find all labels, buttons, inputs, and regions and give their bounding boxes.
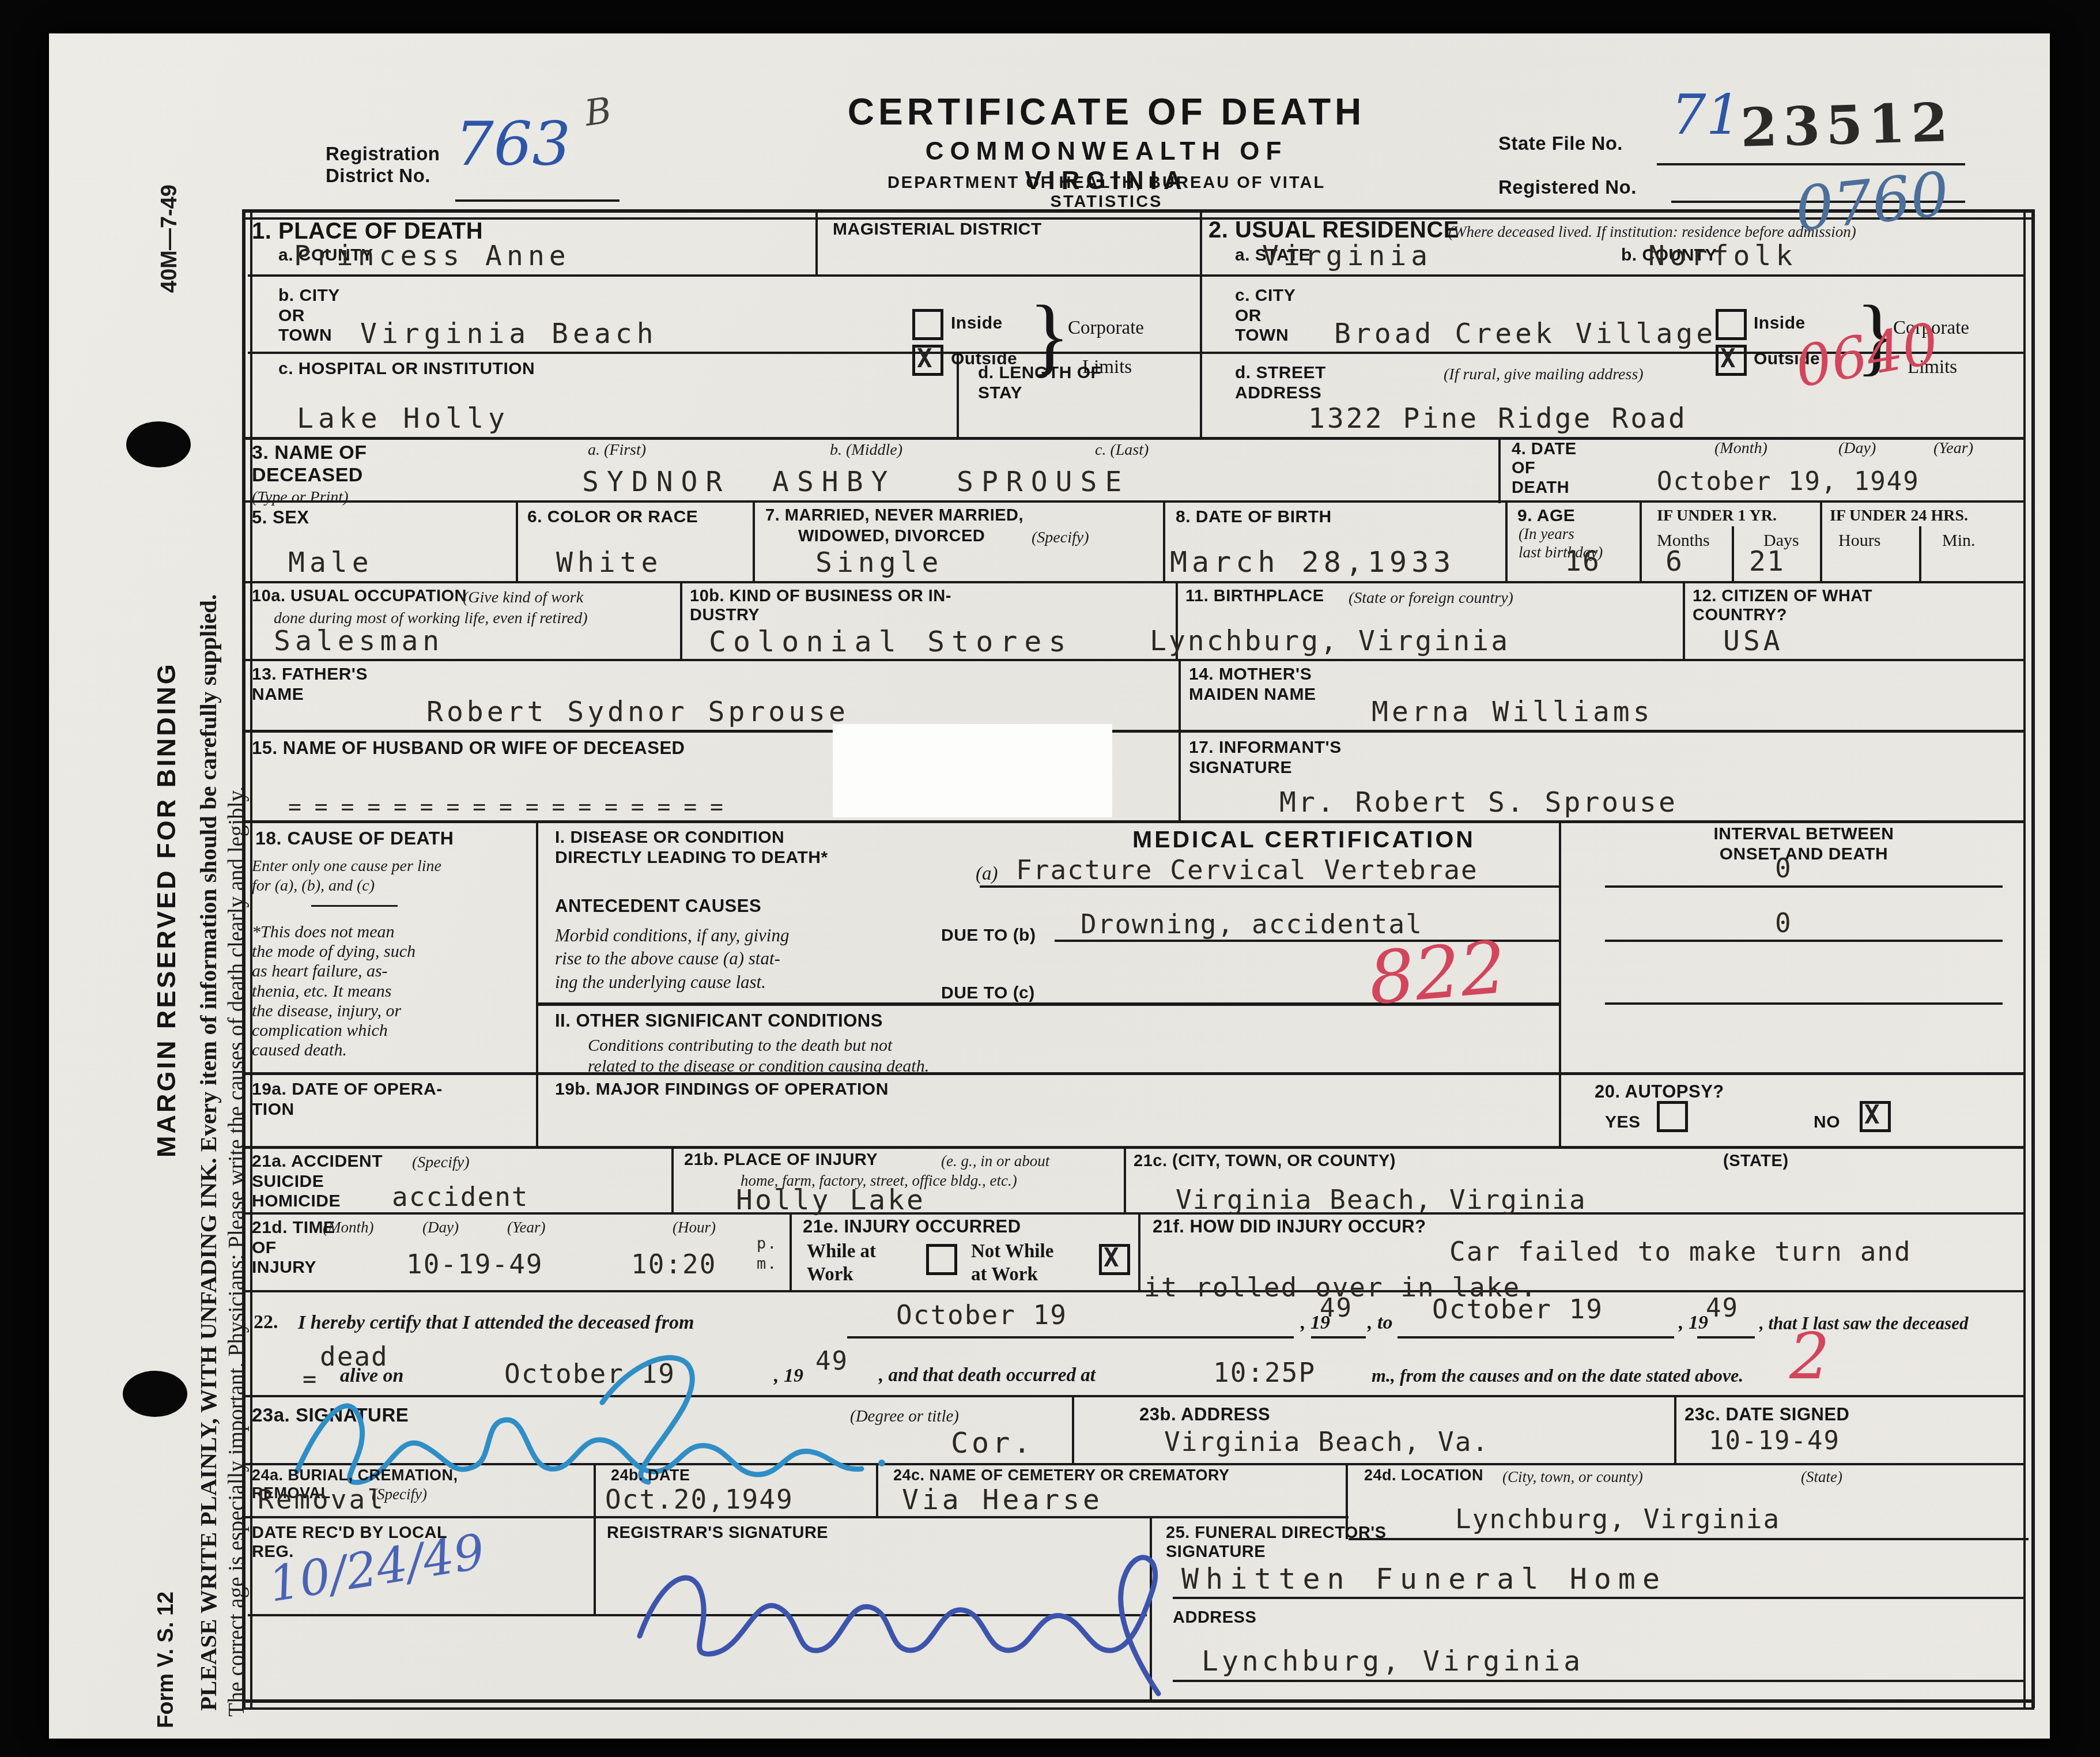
rule — [1559, 820, 1561, 1149]
rule — [242, 581, 2026, 583]
s8-value: March 28,1933 — [1170, 548, 1455, 576]
s2-street-code-handwritten: 0640 — [1791, 315, 1943, 396]
s21b-title: 21b. PLACE OF INJURY — [684, 1151, 878, 1170]
rule — [2023, 209, 2026, 1708]
s3-middle-label: b. (Middle) — [830, 440, 902, 460]
s18-title: 18. CAUSE OF DEATH — [255, 828, 454, 849]
rule — [242, 1290, 2026, 1292]
s21d-month-label: (Month) — [323, 1218, 373, 1236]
s1-outside-check-x: X — [917, 344, 932, 374]
s22-part1: I hereby certify that I attended the dec… — [298, 1311, 694, 1336]
rule — [1200, 209, 1202, 440]
s22-year1: 49 — [1320, 1296, 1353, 1321]
s22-y19b: , 19 — [1679, 1311, 1708, 1336]
registrar-signature — [617, 1521, 1193, 1705]
form-print-code: 40M—7-49 — [157, 103, 182, 293]
s22-red-handwritten: 2 — [1789, 1325, 1830, 1388]
margin-instruction-1: PLEASE WRITE PLAINLY, WITH UNFADING INK.… — [194, 281, 222, 1711]
s17-value: Mr. Robert S. Sprouse — [1279, 789, 1678, 816]
s21d-day-label: (Day) — [422, 1218, 459, 1236]
rule — [1138, 1212, 1140, 1292]
s21e-while-checkbox — [926, 1244, 957, 1275]
rule — [1674, 1395, 1676, 1464]
s1-county-value: Princess Anne — [294, 242, 571, 270]
s20-yes-label: YES — [1605, 1113, 1641, 1133]
rule — [753, 500, 755, 583]
s7-specify: (Specify) — [1032, 528, 1089, 548]
rule — [1072, 1395, 1074, 1464]
punch-hole-top — [126, 421, 191, 467]
rule — [242, 500, 2026, 503]
s21e-title: 21e. INJURY OCCURRED — [803, 1216, 1021, 1237]
med-b-value: Drowning, accidental — [1081, 911, 1423, 937]
s2-outside-checkbox: X — [1716, 345, 1747, 376]
registration-district-value-b: B — [583, 92, 614, 131]
s5-value: Male — [288, 549, 373, 576]
rule — [242, 659, 2026, 661]
s5-title: 5. SEX — [252, 507, 309, 528]
s23b-title: 23b. ADDRESS — [1139, 1404, 1270, 1425]
state-file-label: State File No. — [1498, 133, 1623, 154]
s19a-title: 19a. DATE OF OPERA- TION — [252, 1080, 443, 1119]
s10a-title: 10a. USUAL OCCUPATION — [252, 587, 467, 606]
s2-street-note: (If rural, give mailing address) — [1444, 365, 1644, 384]
s1-hospital-label: c. HOSPITAL OR INSTITUTION — [278, 359, 535, 379]
med-interval-title: INTERVAL BETWEEN ONSET AND DEATH — [1582, 824, 2026, 864]
s1-length-of-stay-label: d. LENGTH OF STAY — [978, 363, 1101, 403]
s22-year2: 49 — [1706, 1296, 1739, 1321]
s18-note2: *This does not mean the mode of dying, s… — [252, 922, 416, 1060]
rule — [242, 820, 2026, 823]
s7-title2: WIDOWED, DIVORCED — [798, 527, 985, 546]
s25-address-value: Lynchburg, Virginia — [1202, 1647, 1584, 1675]
state-file-handwritten: 71 — [1671, 88, 1741, 143]
s8-title: 8. DATE OF BIRTH — [1176, 507, 1332, 527]
rule — [1683, 581, 1685, 661]
department-line: DEPARTMENT OF HEALTH, BUREAU OF VITAL ST… — [841, 174, 1372, 212]
s11-title: 11. BIRTHPLACE — [1185, 587, 1324, 606]
rule — [1173, 1597, 2026, 1599]
rule — [455, 199, 620, 202]
s24a-value: Removal — [258, 1486, 386, 1513]
s2-outside-check-x: X — [1720, 344, 1736, 374]
s22-number: 22. — [254, 1311, 278, 1334]
s7-title: 7. MARRIED, NEVER MARRIED, — [765, 506, 1023, 525]
s21f-value1: Car failed to make turn and — [1449, 1238, 1912, 1265]
s9-under24-label: IF UNDER 24 HRS. — [1830, 506, 1968, 526]
rule — [536, 820, 538, 1149]
s3-title: 3. NAME OF DECEASED — [252, 442, 367, 487]
s21f-title: 21f. HOW DID INJURY OCCUR? — [1153, 1216, 1426, 1237]
s21a-title: 21a. ACCIDENT SUICIDE HOMICIDE — [252, 1152, 383, 1212]
med-i-title: I. DISEASE OR CONDITION DIRECTLY LEADING… — [555, 828, 828, 868]
margin-binding-text: MARGIN RESERVED FOR BINDING — [152, 604, 182, 1157]
s25-address-label: ADDRESS — [1173, 1608, 1256, 1627]
s19b-title: 19b. MAJOR FINDINGS OF OPERATION — [555, 1080, 889, 1100]
s6-title: 6. COLOR OR RACE — [527, 507, 698, 527]
s9-under1-label: IF UNDER 1 YR. — [1657, 506, 1777, 526]
s25-value: Whitten Funeral Home — [1181, 1564, 1667, 1593]
s24d-note: (City, town, or county) — [1502, 1468, 1643, 1486]
rule — [242, 1707, 2034, 1710]
s2-inside-checkbox — [1716, 309, 1747, 340]
rule — [242, 730, 2026, 733]
rule — [248, 274, 2026, 277]
rule — [1697, 1336, 1755, 1339]
rule — [980, 885, 1559, 888]
margin-form-number: Form V. S. 12 — [154, 1555, 179, 1728]
s24d-title: 24d. LOCATION — [1364, 1466, 1483, 1484]
rule — [1605, 885, 2003, 888]
s23c-title: 23c. DATE SIGNED — [1684, 1404, 1850, 1425]
s12-value: USA — [1723, 627, 1784, 655]
s22-part4: m., from the causes and on the date stat… — [1372, 1364, 1743, 1387]
s1-city-value: Virginia Beach — [360, 320, 658, 348]
rule — [516, 500, 518, 583]
s25-title: 25. FUNERAL DIRECTOR'S SIGNATURE — [1166, 1524, 1387, 1562]
rule — [790, 1212, 792, 1292]
s21e-notwhile-check-x: X — [1104, 1243, 1119, 1273]
rule — [1179, 659, 1181, 823]
s2-title-note: (Where deceased lived. If institution: r… — [1448, 223, 1856, 241]
rule — [1163, 500, 1165, 583]
registered-no-label: Registered No. — [1498, 176, 1637, 198]
s9-days-value: 21 — [1749, 548, 1785, 575]
rule — [2031, 209, 2035, 1708]
s9-min-label: Min. — [1942, 530, 1976, 551]
s24c-value: Via Hearse — [902, 1486, 1103, 1514]
rule — [1919, 526, 1921, 583]
rule — [1398, 1336, 1674, 1339]
registration-district-label: Registration District No. — [326, 143, 440, 187]
med-due-c-label: DUE TO (c) — [941, 983, 1035, 1004]
s3-first-label: a. (First) — [588, 440, 646, 460]
s10b-value: Colonial Stores — [709, 627, 1073, 656]
s22-date2: October 19 — [1432, 1296, 1603, 1322]
s14-title: 14. MOTHER'S MAIDEN NAME — [1189, 665, 1316, 704]
rule — [311, 905, 398, 907]
s20-no-check-x: X — [1864, 1100, 1880, 1130]
s1-inside-label: Inside — [951, 314, 1003, 334]
s14-value: Merna Williams — [1372, 698, 1653, 726]
s22-time: 10:25P — [1213, 1359, 1316, 1386]
s2-county-code-handwritten: 0760 — [1792, 164, 1952, 240]
s24b-title: 24b. DATE — [611, 1466, 690, 1484]
punch-hole-bottom — [123, 1371, 187, 1417]
s24d-state-label: (State) — [1801, 1468, 1842, 1486]
s4-title: 4. DATE OF DEATH — [1512, 440, 1577, 497]
s21d-year-label: (Year) — [507, 1218, 546, 1236]
s4-day-label: (Day) — [1838, 439, 1876, 458]
s1-city-label: b. CITY OR TOWN — [278, 286, 340, 346]
s1-hospital-value: Lake Holly — [297, 405, 509, 432]
rule — [1349, 1538, 2029, 1540]
s11-note: (State or foreign country) — [1349, 589, 1513, 608]
s22-to: , to — [1368, 1311, 1392, 1336]
rule — [242, 209, 2033, 213]
registration-district-value: 763 — [455, 114, 571, 175]
med-ii-title: II. OTHER SIGNIFICANT CONDITIONS — [555, 1011, 883, 1031]
med-morbid-note: Morbid conditions, if any, giving rise t… — [555, 924, 789, 994]
s21e-while-label: While at Work — [807, 1241, 876, 1286]
s2-city-value: Broad Creek Village — [1334, 320, 1716, 348]
med-antecedent-label: ANTECEDENT CAUSES — [555, 896, 761, 917]
s21c-value: Virginia Beach, Virginia — [1176, 1186, 1587, 1213]
s11-value: Lynchburg, Virginia — [1150, 627, 1510, 655]
s4-year-label: (Year) — [1933, 439, 1973, 458]
s6-value: White — [556, 549, 663, 576]
med-a-value: Fracture Cervical Vertebrae — [1016, 857, 1478, 883]
rule — [242, 217, 2033, 220]
s1-outside-checkbox: X — [912, 345, 943, 376]
s21d-date-value: 10-19-49 — [406, 1251, 543, 1277]
s18-note1: Enter only one cause per line for (a), (… — [252, 857, 441, 895]
s3-last-label: c. (Last) — [1095, 440, 1149, 460]
rule — [1173, 1680, 2026, 1682]
s23a-typed-title: Cor. — [951, 1428, 1034, 1457]
rule — [1640, 500, 1642, 583]
s23c-value: 10-19-49 — [1709, 1428, 1840, 1454]
s3-first-value: SYDNOR — [582, 468, 730, 496]
s3-middle-value: ASHBY — [772, 468, 896, 496]
s13-value: Robert Sydnor Sprouse — [426, 698, 849, 726]
redaction-box — [833, 724, 1112, 817]
s23b-value: Virginia Beach, Va. — [1164, 1428, 1489, 1455]
med-b-interval: 0 — [1775, 910, 1792, 936]
rule — [1732, 526, 1734, 583]
s21d-time-value: 10:20 — [631, 1251, 716, 1277]
s2-street-label: d. STREET ADDRESS — [1235, 363, 1326, 403]
s4-value: October 19, 1949 — [1657, 469, 1920, 495]
s21d-hour-label: (Hour) — [673, 1218, 716, 1236]
s2-county-value: Norfolk — [1648, 242, 1797, 270]
s1-corporate-label: Corporate — [1068, 317, 1144, 340]
s1-inside-checkbox — [912, 309, 943, 340]
s2-state-value: Virginia — [1262, 242, 1432, 270]
s24c-title: 24c. NAME OF CEMETERY OR CREMATORY — [893, 1466, 1230, 1484]
state-file-stamp: 23512 — [1740, 91, 1955, 159]
s21c-title: 21c. (CITY, TOWN, OR COUNTY) — [1134, 1152, 1396, 1171]
s17-title: 17. INFORMANT'S SIGNATURE — [1189, 738, 1342, 778]
rule — [242, 1212, 2026, 1215]
rule — [242, 1516, 1349, 1518]
rule — [1124, 1146, 1126, 1214]
rule — [1505, 500, 1508, 583]
s12-title: 12. CITIZEN OF WHAT COUNTRY? — [1693, 587, 1872, 625]
s20-no-label: NO — [1814, 1113, 1840, 1133]
s4-month-label: (Month) — [1714, 439, 1767, 458]
s10a-note1: (Give kind of work — [463, 588, 583, 608]
s3-type-note: (Type or Print) — [252, 488, 348, 507]
rule — [242, 1146, 2026, 1149]
certificate-title: CERTIFICATE OF DEATH — [841, 91, 1372, 134]
s20-title: 20. AUTOPSY? — [1595, 1081, 1724, 1102]
s21e-notwhile-checkbox: X — [1099, 1244, 1130, 1275]
s2-inside-label: Inside — [1754, 314, 1806, 334]
s24b-value: Oct.20,1949 — [605, 1486, 794, 1513]
certificate-paper: 40M—7-49 MARGIN RESERVED FOR BINDING For… — [49, 33, 2050, 1739]
rule — [1605, 1002, 2003, 1005]
rule — [1605, 940, 2003, 942]
s15-title: 15. NAME OF HUSBAND OR WIFE OF DECEASED — [252, 738, 685, 759]
med-c-code-handwritten: 822 — [1366, 932, 1509, 1015]
med-ii-note: Conditions contributing to the death but… — [588, 1035, 929, 1077]
s2-city-label: c. CITY OR TOWN — [1235, 286, 1295, 346]
s15-dashes: = = = = = = = = = = = = = = = = = — [288, 795, 723, 817]
s20-no-checkbox: X — [1860, 1101, 1891, 1132]
rule — [594, 1516, 596, 1615]
rule — [1820, 500, 1822, 583]
s22-date1: October 19 — [896, 1302, 1067, 1328]
rule — [680, 581, 682, 661]
s10a-value: Salesman — [274, 627, 444, 655]
s21a-specify: (Specify) — [412, 1153, 470, 1172]
s2-street-value: 1322 Pine Ridge Road — [1308, 405, 1687, 432]
s3-last-value: SPROUSE — [957, 468, 1130, 496]
s9-value: 16 — [1565, 548, 1600, 575]
rule — [242, 1072, 2026, 1075]
rule — [1311, 1336, 1366, 1339]
s21b-value: Holly Lake — [736, 1186, 926, 1214]
s21d-pm: p. m. — [757, 1234, 778, 1274]
s9-months-value: 6 — [1665, 548, 1683, 575]
med-due-b-label: DUE TO (b) — [941, 926, 1036, 946]
rule — [671, 1146, 674, 1214]
rule — [815, 209, 818, 274]
s21b-note1: (e. g., in or about — [941, 1152, 1049, 1170]
s13-title: 13. FATHER'S NAME — [252, 665, 368, 704]
s24d-value: Lynchburg, Virginia — [1455, 1506, 1780, 1532]
s21e-notwhile-label: Not While at Work — [971, 1241, 1053, 1286]
rule — [1498, 437, 1501, 503]
s9-title: 9. AGE — [1517, 506, 1575, 526]
s7-value: Single — [815, 549, 943, 576]
rule — [242, 209, 245, 1708]
s20-yes-checkbox — [1657, 1101, 1688, 1132]
s9-hours-label: Hours — [1838, 530, 1880, 551]
s21a-value: accident — [392, 1183, 529, 1210]
med-a-interval: 0 — [1775, 855, 1792, 881]
med-title: MEDICAL CERTIFICATION — [1132, 826, 1475, 853]
s10b-title: 10b. KIND OF BUSINESS OR IN- DUSTRY — [690, 587, 951, 625]
s21c-state-label: (STATE) — [1723, 1152, 1789, 1171]
s1-magisterial-label: MAGISTERIAL DISTRICT — [833, 220, 1042, 240]
med-a-tag: (a) — [976, 862, 998, 886]
